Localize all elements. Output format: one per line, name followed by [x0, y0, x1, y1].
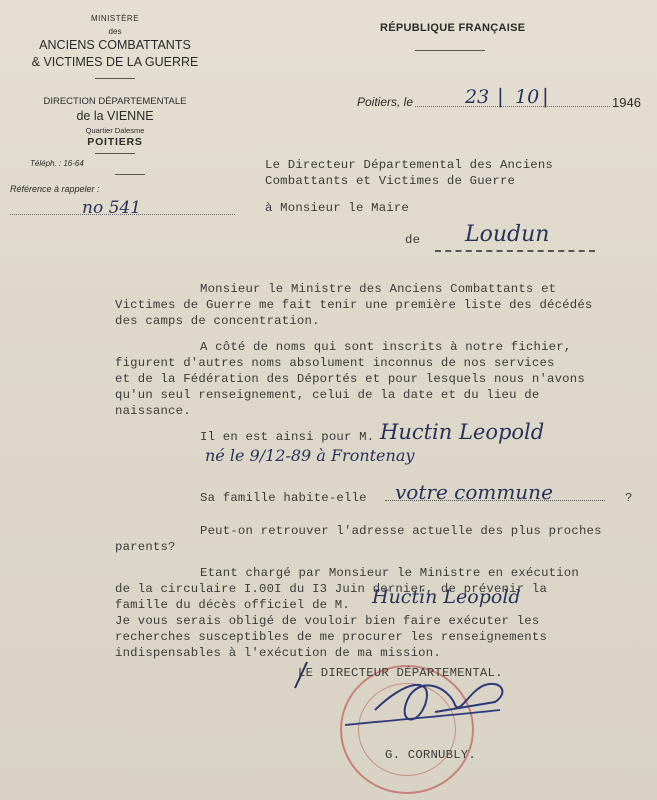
- p4-underline: [385, 500, 605, 501]
- from-line-2: Combattants et Victimes de Guerre: [265, 174, 515, 188]
- telephone: Téléph. : 16-64: [30, 159, 84, 168]
- ministry-name-line2: & VICTIMES DE LA GUERRE: [20, 55, 210, 69]
- p2-line-1: A côté de noms qui sont inscrits à notre…: [200, 340, 571, 354]
- direction-quarter: Quartier Dalesme: [25, 126, 205, 135]
- p4-suffix: ?: [625, 491, 633, 505]
- p3-birth: né le 9/12-89 à Frontenay: [205, 446, 414, 465]
- divider: [415, 50, 485, 51]
- p6-line-1: Etant chargé par Monsieur le Ministre en…: [200, 566, 579, 580]
- from-line-1: Le Directeur Départemental des Anciens: [265, 158, 553, 172]
- date-year: 1946: [612, 95, 641, 110]
- ministry-des: des: [40, 27, 190, 36]
- p4-prefix: Sa famille habite-elle: [200, 491, 367, 505]
- p2-line-2: figurent d'autres noms absolument inconn…: [115, 356, 555, 370]
- de-label: de: [405, 233, 420, 247]
- direction-city: POITIERS: [25, 136, 205, 148]
- town-name: Loudun: [465, 222, 549, 247]
- ministry-label: MINISTÈRE: [40, 14, 190, 23]
- to-line: à Monsieur le Maire: [265, 201, 409, 215]
- direction-label: DIRECTION DÉPARTEMENTALE: [25, 96, 205, 107]
- signatory-name: G. CORNUBLY.: [385, 748, 476, 762]
- ministry-name-line1: ANCIENS COMBATTANTS: [25, 38, 205, 52]
- reference-line: [10, 214, 235, 215]
- place-date-label: Poitiers, le: [357, 95, 413, 109]
- date-line: [415, 106, 610, 107]
- p6-name: Huctin Leopold: [372, 586, 521, 608]
- p3-name: Huctin Leopold: [380, 420, 544, 444]
- p5-line-1: Peut-on retrouver l'adresse actuelle des…: [200, 524, 602, 538]
- p2-line-5: naissance.: [115, 404, 191, 418]
- date-separator: |: [497, 84, 504, 108]
- p6-line-4: Je vous serais obligé de vouloir bien fa…: [115, 614, 539, 628]
- date-month: 10: [515, 86, 539, 108]
- republic-label: RÉPUBLIQUE FRANÇAISE: [380, 22, 525, 34]
- town-underline: [435, 250, 595, 252]
- letter-page: MINISTÈRE des ANCIENS COMBATTANTS & VICT…: [0, 0, 657, 800]
- handwritten-signature: [285, 650, 525, 750]
- p1-line-3: des camps de concentration.: [115, 314, 320, 328]
- p3-prefix: Il en est ainsi pour M.: [200, 430, 374, 444]
- date-separator: |: [542, 84, 549, 108]
- p2-line-3: et de la Fédération des Déportés et pour…: [115, 372, 585, 386]
- p6-line-3: famille du décès officiel de M.: [115, 598, 350, 612]
- divider: [95, 153, 135, 154]
- divider: [95, 78, 135, 79]
- p2-line-4: qu'un seul renseignement, celui de la da…: [115, 388, 539, 402]
- p6-line-5: recherches susceptibles de me procurer l…: [115, 630, 547, 644]
- divider: [115, 174, 145, 175]
- direction-dept: de la VIENNE: [25, 109, 205, 123]
- reference-number: no 541: [82, 198, 141, 218]
- date-day: 23: [465, 86, 489, 108]
- p1-line-2: Victimes de Guerre me fait tenir une pre…: [115, 298, 593, 312]
- reference-label: Référence à rappeler :: [10, 184, 100, 194]
- p1-line-1: Monsieur le Ministre des Anciens Combatt…: [200, 282, 556, 296]
- p5-line-2: parents?: [115, 540, 176, 554]
